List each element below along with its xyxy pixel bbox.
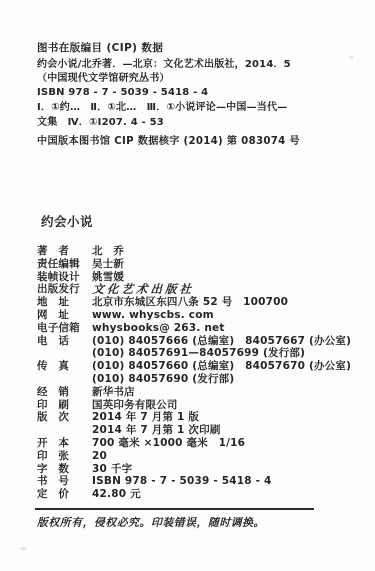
row-label: 电 话 — [37, 335, 82, 348]
row-value: 国英印务有限公司 — [92, 399, 367, 412]
row-value: 北京市东城区东四八条 52 号 100700 — [92, 296, 367, 309]
word-count-row: 字 数 30 千字 — [37, 463, 367, 476]
scan-speck — [349, 56, 354, 59]
cip-heading: 图书在版编目 (CIP) 数据 — [37, 40, 163, 55]
row-value: (010) 84057660 (总编室) 84057670 (办公室) — [92, 360, 367, 373]
row-value: whysbooks@ 263. net — [92, 322, 367, 335]
row-label: 版 次 — [37, 411, 82, 424]
cip-classification-block: Ⅰ．①约… Ⅱ．①北… Ⅲ．①小说评论—中国—当代— 文集 Ⅳ．①I207. 4… — [37, 101, 287, 130]
row-label: 传 真 — [37, 360, 82, 373]
book-title: 约会小说 — [41, 212, 93, 230]
row-label: 地 址 — [37, 296, 82, 309]
row-value: 30 千字 — [92, 463, 367, 476]
row-label — [37, 373, 82, 386]
author-row: 著 者 北 乔 — [37, 245, 367, 258]
row-value: 吴士新 — [92, 258, 367, 271]
managing-editor-row: 责任编辑 吴士新 — [37, 258, 367, 271]
format-row: 开 本 700 毫米 ×1000 毫米 1/16 — [37, 437, 367, 450]
cip-entry-block: 约会小说/北乔著．—北京：文化艺术出版社，2014．5 （中国现代文学馆研究丛书… — [37, 58, 291, 100]
row-label: 经 销 — [37, 386, 82, 399]
row-label: 出版发行 — [37, 283, 82, 296]
row-label: 装帧设计 — [37, 271, 82, 284]
copyright-notice: 版权所有，侵权必究。印装错误，随时调换。 — [37, 515, 265, 530]
row-label: 字 数 — [37, 463, 82, 476]
price-row: 定 价 42.80 元 — [37, 488, 367, 501]
row-value: (010) 84057690 (发行部) — [92, 373, 367, 386]
impression-row: 2014 年 7 月第 1 次印刷 — [37, 424, 367, 437]
row-label: 印 张 — [37, 450, 82, 463]
publisher-row: 出版发行 文化艺术出版社 — [37, 283, 367, 296]
row-label: 责任编辑 — [37, 258, 82, 271]
row-label: 著 者 — [37, 245, 82, 258]
row-value: 新华书店 — [92, 386, 367, 399]
printer-row: 印 刷 国英印务有限公司 — [37, 399, 367, 412]
row-value: www. whyscbs. com — [92, 309, 367, 322]
divider-rule — [35, 508, 314, 510]
scan-speck — [20, 547, 27, 550]
row-value: (010) 84057666 (总编室) 84057667 (办公室) — [92, 335, 367, 348]
telephone-row-2: (010) 84057691—84057699 (发行部) — [37, 347, 367, 360]
distributor-row: 经 销 新华书店 — [37, 386, 367, 399]
email-row: 电子信箱 whysbooks@ 263. net — [37, 322, 367, 335]
cip-entry: 约会小说/北乔著．—北京：文化艺术出版社，2014．5 — [37, 58, 291, 72]
cip-classification-line2: 文集 Ⅳ．①I207. 4 - 53 — [37, 116, 287, 131]
website-row: 网 址 www. whyscbs. com — [37, 309, 367, 322]
row-label — [37, 347, 82, 360]
cip-series: （中国现代文学馆研究丛书） — [37, 72, 291, 86]
printed-sheets-row: 印 张 20 — [37, 450, 367, 463]
row-label: 开 本 — [37, 437, 82, 450]
row-label: 定 价 — [37, 488, 82, 501]
publisher-logotype: 文化艺术出版社 — [92, 283, 368, 296]
row-label — [37, 424, 82, 437]
row-label: 网 址 — [37, 309, 82, 322]
row-label: 印 刷 — [37, 399, 82, 412]
row-value: (010) 84057691—84057699 (发行部) — [92, 347, 367, 360]
row-value: ISBN 978 - 7 - 5039 - 5418 - 4 — [92, 475, 367, 488]
edition-row: 版 次 2014 年 7 月第 1 版 — [37, 411, 367, 424]
colophon: 著 者 北 乔 责任编辑 吴士新 装帧设计 姚雪媛 出版发行 文化艺术出版社 地… — [37, 245, 367, 501]
cip-isbn: ISBN 978 - 7 - 5039 - 5418 - 4 — [37, 86, 291, 100]
fax-row: 传 真 (010) 84057660 (总编室) 84057670 (办公室) — [37, 360, 367, 373]
row-label: 书 号 — [37, 475, 82, 488]
row-value: 700 毫米 ×1000 毫米 1/16 — [92, 437, 367, 450]
row-label: 电子信箱 — [37, 322, 82, 335]
row-value: 42.80 元 — [92, 488, 367, 501]
telephone-row: 电 话 (010) 84057666 (总编室) 84057667 (办公室) — [37, 335, 367, 348]
copyright-page: 图书在版编目 (CIP) 数据 约会小说/北乔著．—北京：文化艺术出版社，201… — [0, 0, 375, 571]
book-number-row: 书 号 ISBN 978 - 7 - 5039 - 5418 - 4 — [37, 475, 367, 488]
cip-classification-line1: Ⅰ．①约… Ⅱ．①北… Ⅲ．①小说评论—中国—当代— — [37, 101, 287, 116]
binding-designer-row: 装帧设计 姚雪媛 — [37, 271, 367, 284]
cip-record: 中国版本图书馆 CIP 数据核字 (2014) 第 083074 号 — [37, 132, 300, 147]
row-value: 北 乔 — [92, 245, 367, 258]
row-value: 2014 年 7 月第 1 版 — [92, 411, 367, 424]
fax-row-2: (010) 84057690 (发行部) — [37, 373, 367, 386]
row-value: 2014 年 7 月第 1 次印刷 — [92, 424, 367, 437]
row-value: 20 — [92, 450, 367, 463]
address-row: 地 址 北京市东城区东四八条 52 号 100700 — [37, 296, 367, 309]
